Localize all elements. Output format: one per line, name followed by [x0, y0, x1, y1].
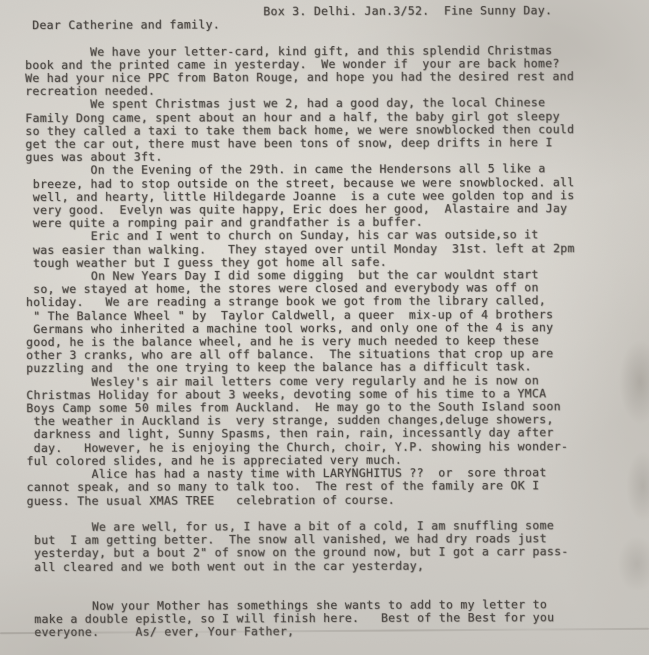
letter-body: Box 3. Delhi. Jan.3/52. Fine Sunny Day. … [25, 4, 646, 640]
scan-smudge [589, 330, 649, 590]
scanned-letter-page: Box 3. Delhi. Jan.3/52. Fine Sunny Day. … [0, 0, 649, 655]
